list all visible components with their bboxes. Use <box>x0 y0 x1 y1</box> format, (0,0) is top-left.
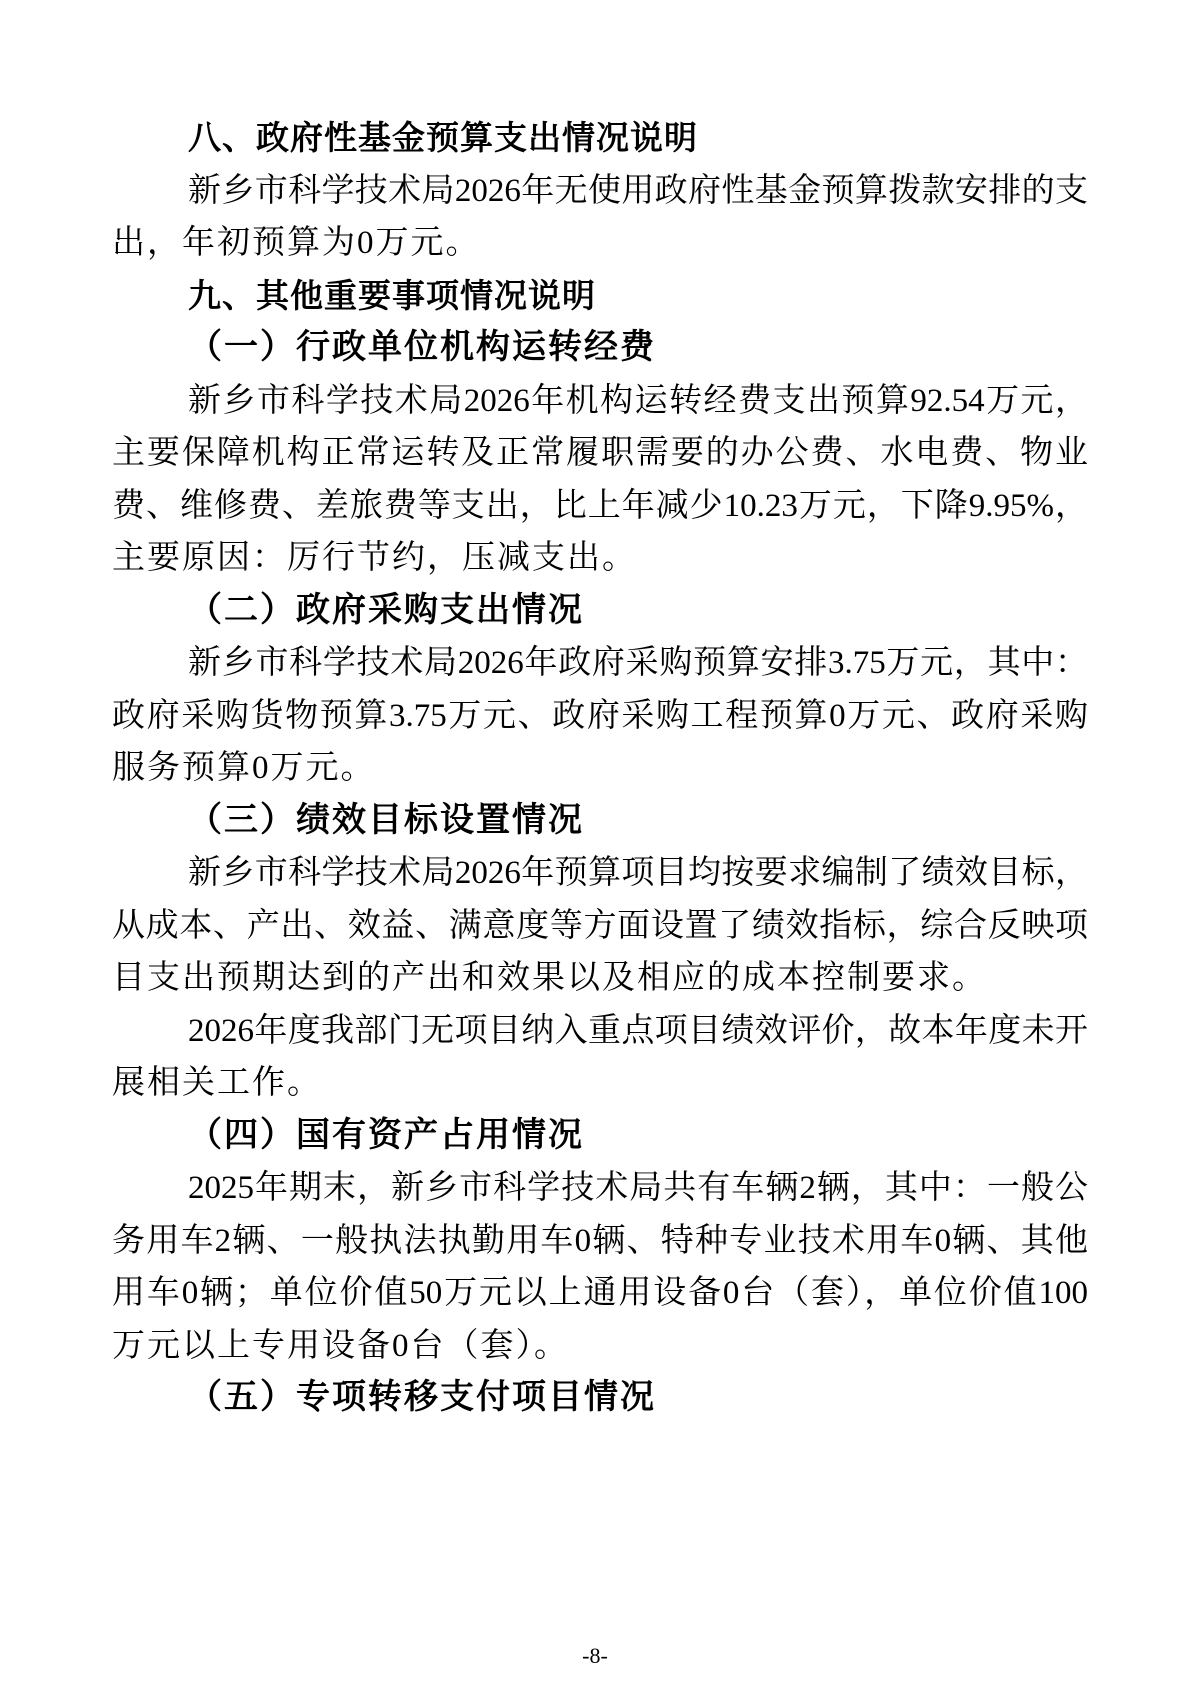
body-text-line: 展相关工作。 <box>112 1057 1088 1110</box>
subsection-heading: （三）绩效目标设置情况 <box>112 795 1088 848</box>
body-text-line: 费、维修费、差旅费等支出，比上年减少10.23万元，下降9.95%， <box>112 480 1088 533</box>
body-text-line: 务用车2辆、一般执法执勤用车0辆、特种专业技术用车0辆、其他 <box>112 1215 1088 1268</box>
body-text-line: 新乡市科学技术局2026年无使用政府性基金预算拨款安排的支 <box>112 165 1088 218</box>
section-heading: 八、政府性基金预算支出情况说明 <box>112 112 1088 165</box>
subsection-heading: （五）专项转移支付项目情况 <box>112 1372 1088 1425</box>
section-heading: 九、其他重要事项情况说明 <box>112 270 1088 323</box>
body-text-line: 政府采购货物预算3.75万元、政府采购工程预算0万元、政府采购 <box>112 690 1088 743</box>
subsection-heading: （一）行政单位机构运转经费 <box>112 322 1088 375</box>
body-text-line: 从成本、产出、效益、满意度等方面设置了绩效指标，综合反映项 <box>112 900 1088 953</box>
subsection-heading: （四）国有资产占用情况 <box>112 1110 1088 1163</box>
body-text-line: 用车0辆；单位价值50万元以上通用设备0台（套），单位价值100 <box>112 1267 1088 1320</box>
body-text-line: 2025年期末，新乡市科学技术局共有车辆2辆，其中：一般公 <box>112 1162 1088 1215</box>
subsection-heading: （二）政府采购支出情况 <box>112 585 1088 638</box>
body-text-line: 服务预算0万元。 <box>112 742 1088 795</box>
document-page: 八、政府性基金预算支出情况说明新乡市科学技术局2026年无使用政府性基金预算拨款… <box>0 0 1190 1684</box>
body-text-line: 主要保障机构正常运转及正常履职需要的办公费、水电费、物业 <box>112 427 1088 480</box>
body-text-line: 2026年度我部门无项目纳入重点项目绩效评价，故本年度未开 <box>112 1005 1088 1058</box>
body-text-line: 新乡市科学技术局2026年预算项目均按要求编制了绩效目标， <box>112 847 1088 900</box>
page-number: -8- <box>0 1644 1190 1668</box>
body-text-line: 目支出预期达到的产出和效果以及相应的成本控制要求。 <box>112 952 1088 1005</box>
body-text-line: 出，年初预算为0万元。 <box>112 217 1088 270</box>
document-body: 八、政府性基金预算支出情况说明新乡市科学技术局2026年无使用政府性基金预算拨款… <box>112 112 1088 1425</box>
body-text-line: 万元以上专用设备0台（套）。 <box>112 1320 1088 1373</box>
body-text-line: 新乡市科学技术局2026年机构运转经费支出预算92.54万元， <box>112 375 1088 428</box>
body-text-line: 主要原因：厉行节约，压减支出。 <box>112 532 1088 585</box>
body-text-line: 新乡市科学技术局2026年政府采购预算安排3.75万元，其中： <box>112 637 1088 690</box>
